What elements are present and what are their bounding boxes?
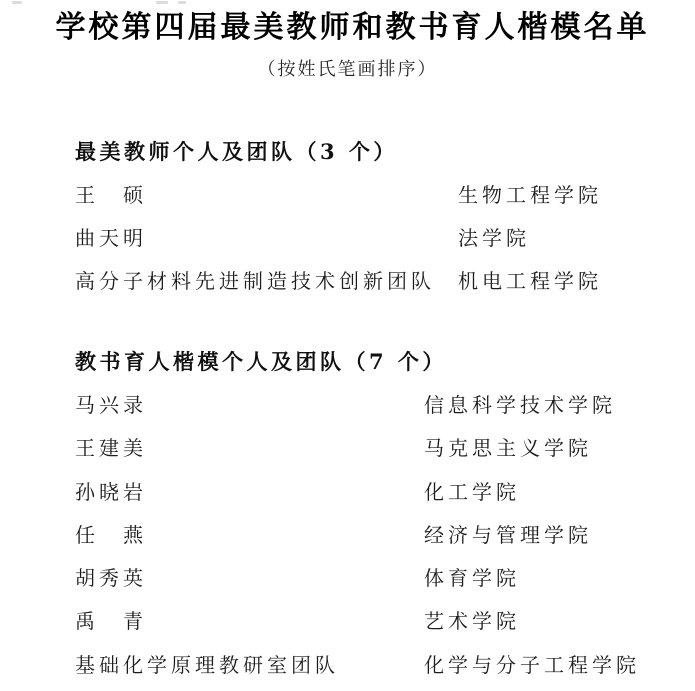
awardee-college: 经济与管理学院 [424,525,592,545]
document-page: 学校第四届最美教师和教书育人楷模名单 （按姓氏笔画排序） 最美教师个人及团队（3… [0,0,695,691]
awardee-college: 马克思主义学院 [424,438,592,458]
awardee-name: 王建美 [75,438,147,458]
awardee-name: 基础化学原理教研室团队 [75,655,339,675]
scan-artifact [12,1,22,4]
awardee-college: 化工学院 [424,482,520,502]
page-subtitle: （按姓氏笔画排序） [0,59,695,81]
awardee-name: 马兴录 [75,395,147,415]
awardee-name: 曲天明 [75,228,147,248]
awardee-name: 孙晓岩 [75,482,147,502]
awardee-name: 高分子材料先进制造技术创新团队 [75,271,435,291]
awardee-college: 机电工程学院 [458,271,602,291]
awardee-name: 胡秀英 [75,568,147,588]
awardee-college: 化学与分子工程学院 [424,655,640,675]
awardee-college: 生物工程学院 [458,185,602,205]
awardee-college: 艺术学院 [424,611,520,631]
scan-artifact [178,1,186,4]
section-heading-role-models: 教书育人楷模个人及团队（7 个） [75,351,447,372]
scan-artifact [156,1,168,4]
awardee-name: 王 硕 [75,185,147,205]
awardee-name: 禹 青 [75,611,147,631]
awardee-name: 任 燕 [75,525,147,545]
section-heading-best-teachers: 最美教师个人及团队（3 个） [75,141,398,162]
page-title: 学校第四届最美教师和教书育人楷模名单 [0,13,695,43]
awardee-college: 法学院 [458,228,530,248]
awardee-college: 体育学院 [424,568,520,588]
awardee-college: 信息科学技术学院 [424,395,616,415]
